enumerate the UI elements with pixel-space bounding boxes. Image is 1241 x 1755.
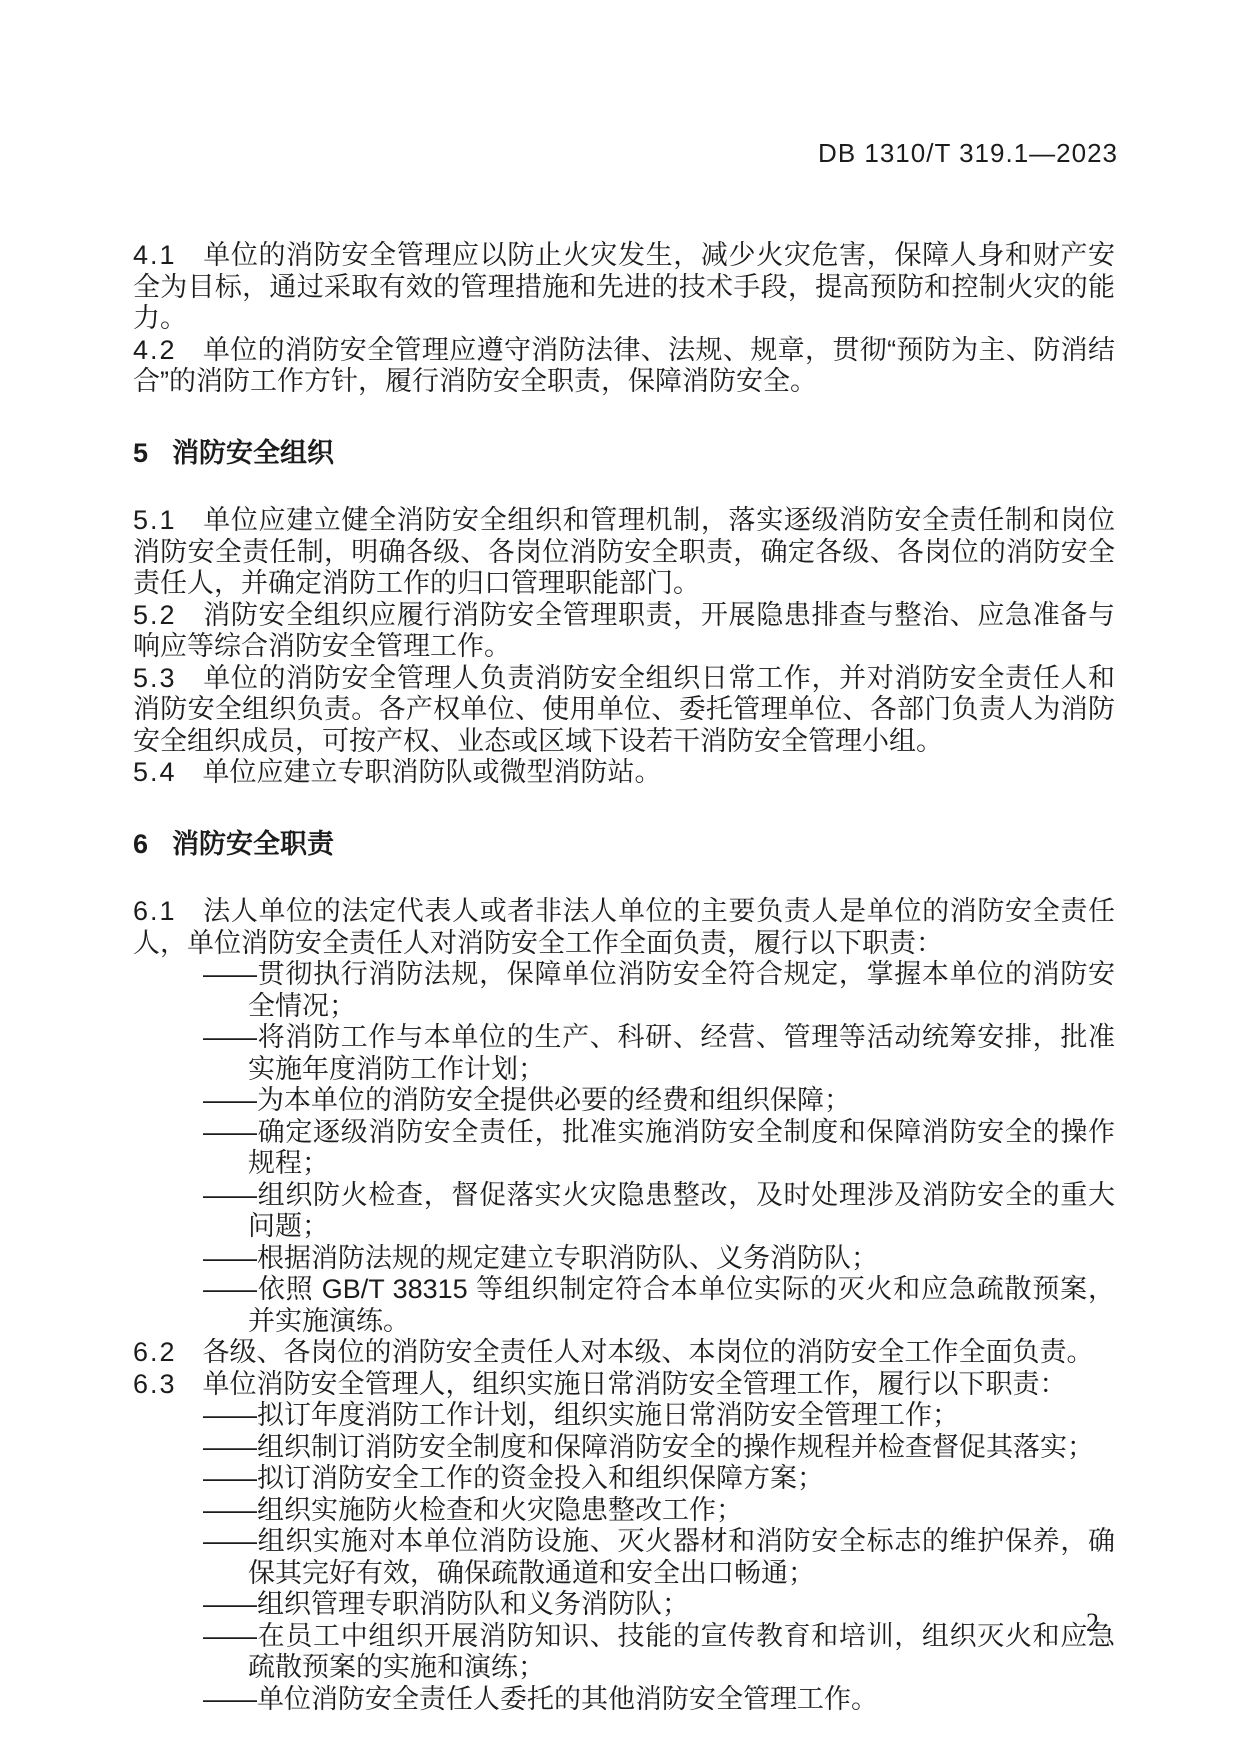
dash-list-item: ——拟订年度消防工作计划，组织实施日常消防安全管理工作； — [133, 1400, 1115, 1432]
clause-paragraph: 5.4单位应建立专职消防队或微型消防站。 — [133, 757, 1115, 789]
clause-paragraph: 5.3单位的消防安全管理人负责消防安全组织日常工作，并对消防安全责任人和消防安全… — [133, 663, 1115, 758]
clause-number: 4.2 — [133, 335, 177, 367]
clause-text: 法人单位的法定代表人或者非法人单位的主要负责人是单位的消防安全责任人，单位消防安… — [133, 896, 1115, 958]
clause-number: 6.1 — [133, 896, 177, 928]
clause-text: 单位的消防安全管理应以防止火灾发生，减少火灾危害，保障人身和财产安全为目标，通过… — [133, 240, 1115, 333]
dash-list-item: ——贯彻执行消防法规，保障单位消防安全符合规定，掌握本单位的消防安全情况； — [133, 959, 1115, 1022]
clause-text: 消防安全组织应履行消防安全管理职责，开展隐患排查与整治、应急准备与响应等综合消防… — [133, 600, 1115, 662]
dash-list-item: ——将消防工作与本单位的生产、科研、经营、管理等活动统筹安排，批准实施年度消防工… — [133, 1022, 1115, 1085]
clause-paragraph: 5.2消防安全组织应履行消防安全管理职责，开展隐患排查与整治、应急准备与响应等综… — [133, 600, 1115, 663]
clause-text: 单位应建立健全消防安全组织和管理机制，落实逐级消防安全责任制和岗位消防安全责任制… — [133, 505, 1115, 598]
clause-number: 5.4 — [133, 757, 177, 789]
clause-paragraph: 6.3单位消防安全管理人，组织实施日常消防安全管理工作，履行以下职责： — [133, 1369, 1115, 1401]
clause-paragraph: 4.1单位的消防安全管理应以防止火灾发生，减少火灾危害，保障人身和财产安全为目标… — [133, 240, 1115, 335]
clause-paragraph: 6.1法人单位的法定代表人或者非法人单位的主要负责人是单位的消防安全责任人，单位… — [133, 896, 1115, 959]
clause-number: 5.1 — [133, 505, 177, 537]
clause-number: 4.1 — [133, 240, 177, 272]
clause-paragraph: 6.2各级、各岗位的消防安全责任人对本级、本岗位的消防安全工作全面负责。 — [133, 1337, 1115, 1369]
dash-list-item: ——在员工中组织开展消防知识、技能的宣传教育和培训，组织灭火和应急疏散预案的实施… — [133, 1621, 1115, 1684]
section-heading: 6消防安全职责 — [133, 829, 1115, 861]
document-page: DB 1310/T 319.1—2023 4.1单位的消防安全管理应以防止火灾发… — [0, 0, 1241, 1755]
dash-list-item: ——确定逐级消防安全责任，批准实施消防安全制度和保障消防安全的操作规程； — [133, 1117, 1115, 1180]
dash-list-item: ——组织管理专职消防队和义务消防队； — [133, 1589, 1115, 1621]
section-heading-text: 消防安全职责 — [172, 829, 334, 859]
section-heading-number: 6 — [133, 829, 148, 861]
dash-list-item: ——为本单位的消防安全提供必要的经费和组织保障； — [133, 1085, 1115, 1117]
clause-paragraph: 5.1单位应建立健全消防安全组织和管理机制，落实逐级消防安全责任制和岗位消防安全… — [133, 505, 1115, 600]
dash-list-item: ——组织实施防火检查和火灾隐患整改工作； — [133, 1495, 1115, 1527]
clause-paragraph: 4.2单位的消防安全管理应遵守消防法律、法规、规章，贯彻“预防为主、防消结合”的… — [133, 335, 1115, 398]
clause-text: 单位消防安全管理人，组织实施日常消防安全管理工作，履行以下职责： — [203, 1369, 1067, 1399]
clause-text: 单位的消防安全管理人负责消防安全组织日常工作，并对消防安全责任人和消防安全组织负… — [133, 663, 1115, 756]
clause-text: 单位应建立专职消防队或微型消防站。 — [203, 757, 662, 787]
page-number: 2 — [1086, 1608, 1099, 1638]
dash-list-item: ——组织制订消防安全制度和保障消防安全的操作规程并检查督促其落实； — [133, 1432, 1115, 1464]
dash-list-item: ——根据消防法规的规定建立专职消防队、义务消防队； — [133, 1243, 1115, 1275]
standard-number-header: DB 1310/T 319.1—2023 — [818, 138, 1118, 169]
dash-list-item: ——组织防火检查，督促落实火灾隐患整改，及时处理涉及消防安全的重大问题； — [133, 1180, 1115, 1243]
section-heading-text: 消防安全组织 — [172, 438, 334, 468]
clause-text: 各级、各岗位的消防安全责任人对本级、本岗位的消防安全工作全面负责。 — [203, 1337, 1094, 1367]
section-heading-number: 5 — [133, 438, 148, 470]
dash-list-item: ——组织实施对本单位消防设施、灭火器材和消防安全标志的维护保养，确保其完好有效，… — [133, 1526, 1115, 1589]
clause-number: 6.2 — [133, 1337, 177, 1369]
clause-number: 6.3 — [133, 1369, 177, 1401]
section-heading: 5消防安全组织 — [133, 438, 1115, 470]
document-content: 4.1单位的消防安全管理应以防止火灾发生，减少火灾危害，保障人身和财产安全为目标… — [133, 240, 1115, 1715]
clause-number: 5.2 — [133, 600, 177, 632]
dash-list-item: ——依照 GB/T 38315 等组织制定符合本单位实际的灭火和应急疏散预案，并… — [133, 1274, 1115, 1337]
dash-list-item: ——拟订消防安全工作的资金投入和组织保障方案； — [133, 1463, 1115, 1495]
dash-list-item: ——单位消防安全责任人委托的其他消防安全管理工作。 — [133, 1684, 1115, 1716]
clause-number: 5.3 — [133, 663, 177, 695]
clause-text: 单位的消防安全管理应遵守消防法律、法规、规章，贯彻“预防为主、防消结合”的消防工… — [133, 335, 1115, 397]
